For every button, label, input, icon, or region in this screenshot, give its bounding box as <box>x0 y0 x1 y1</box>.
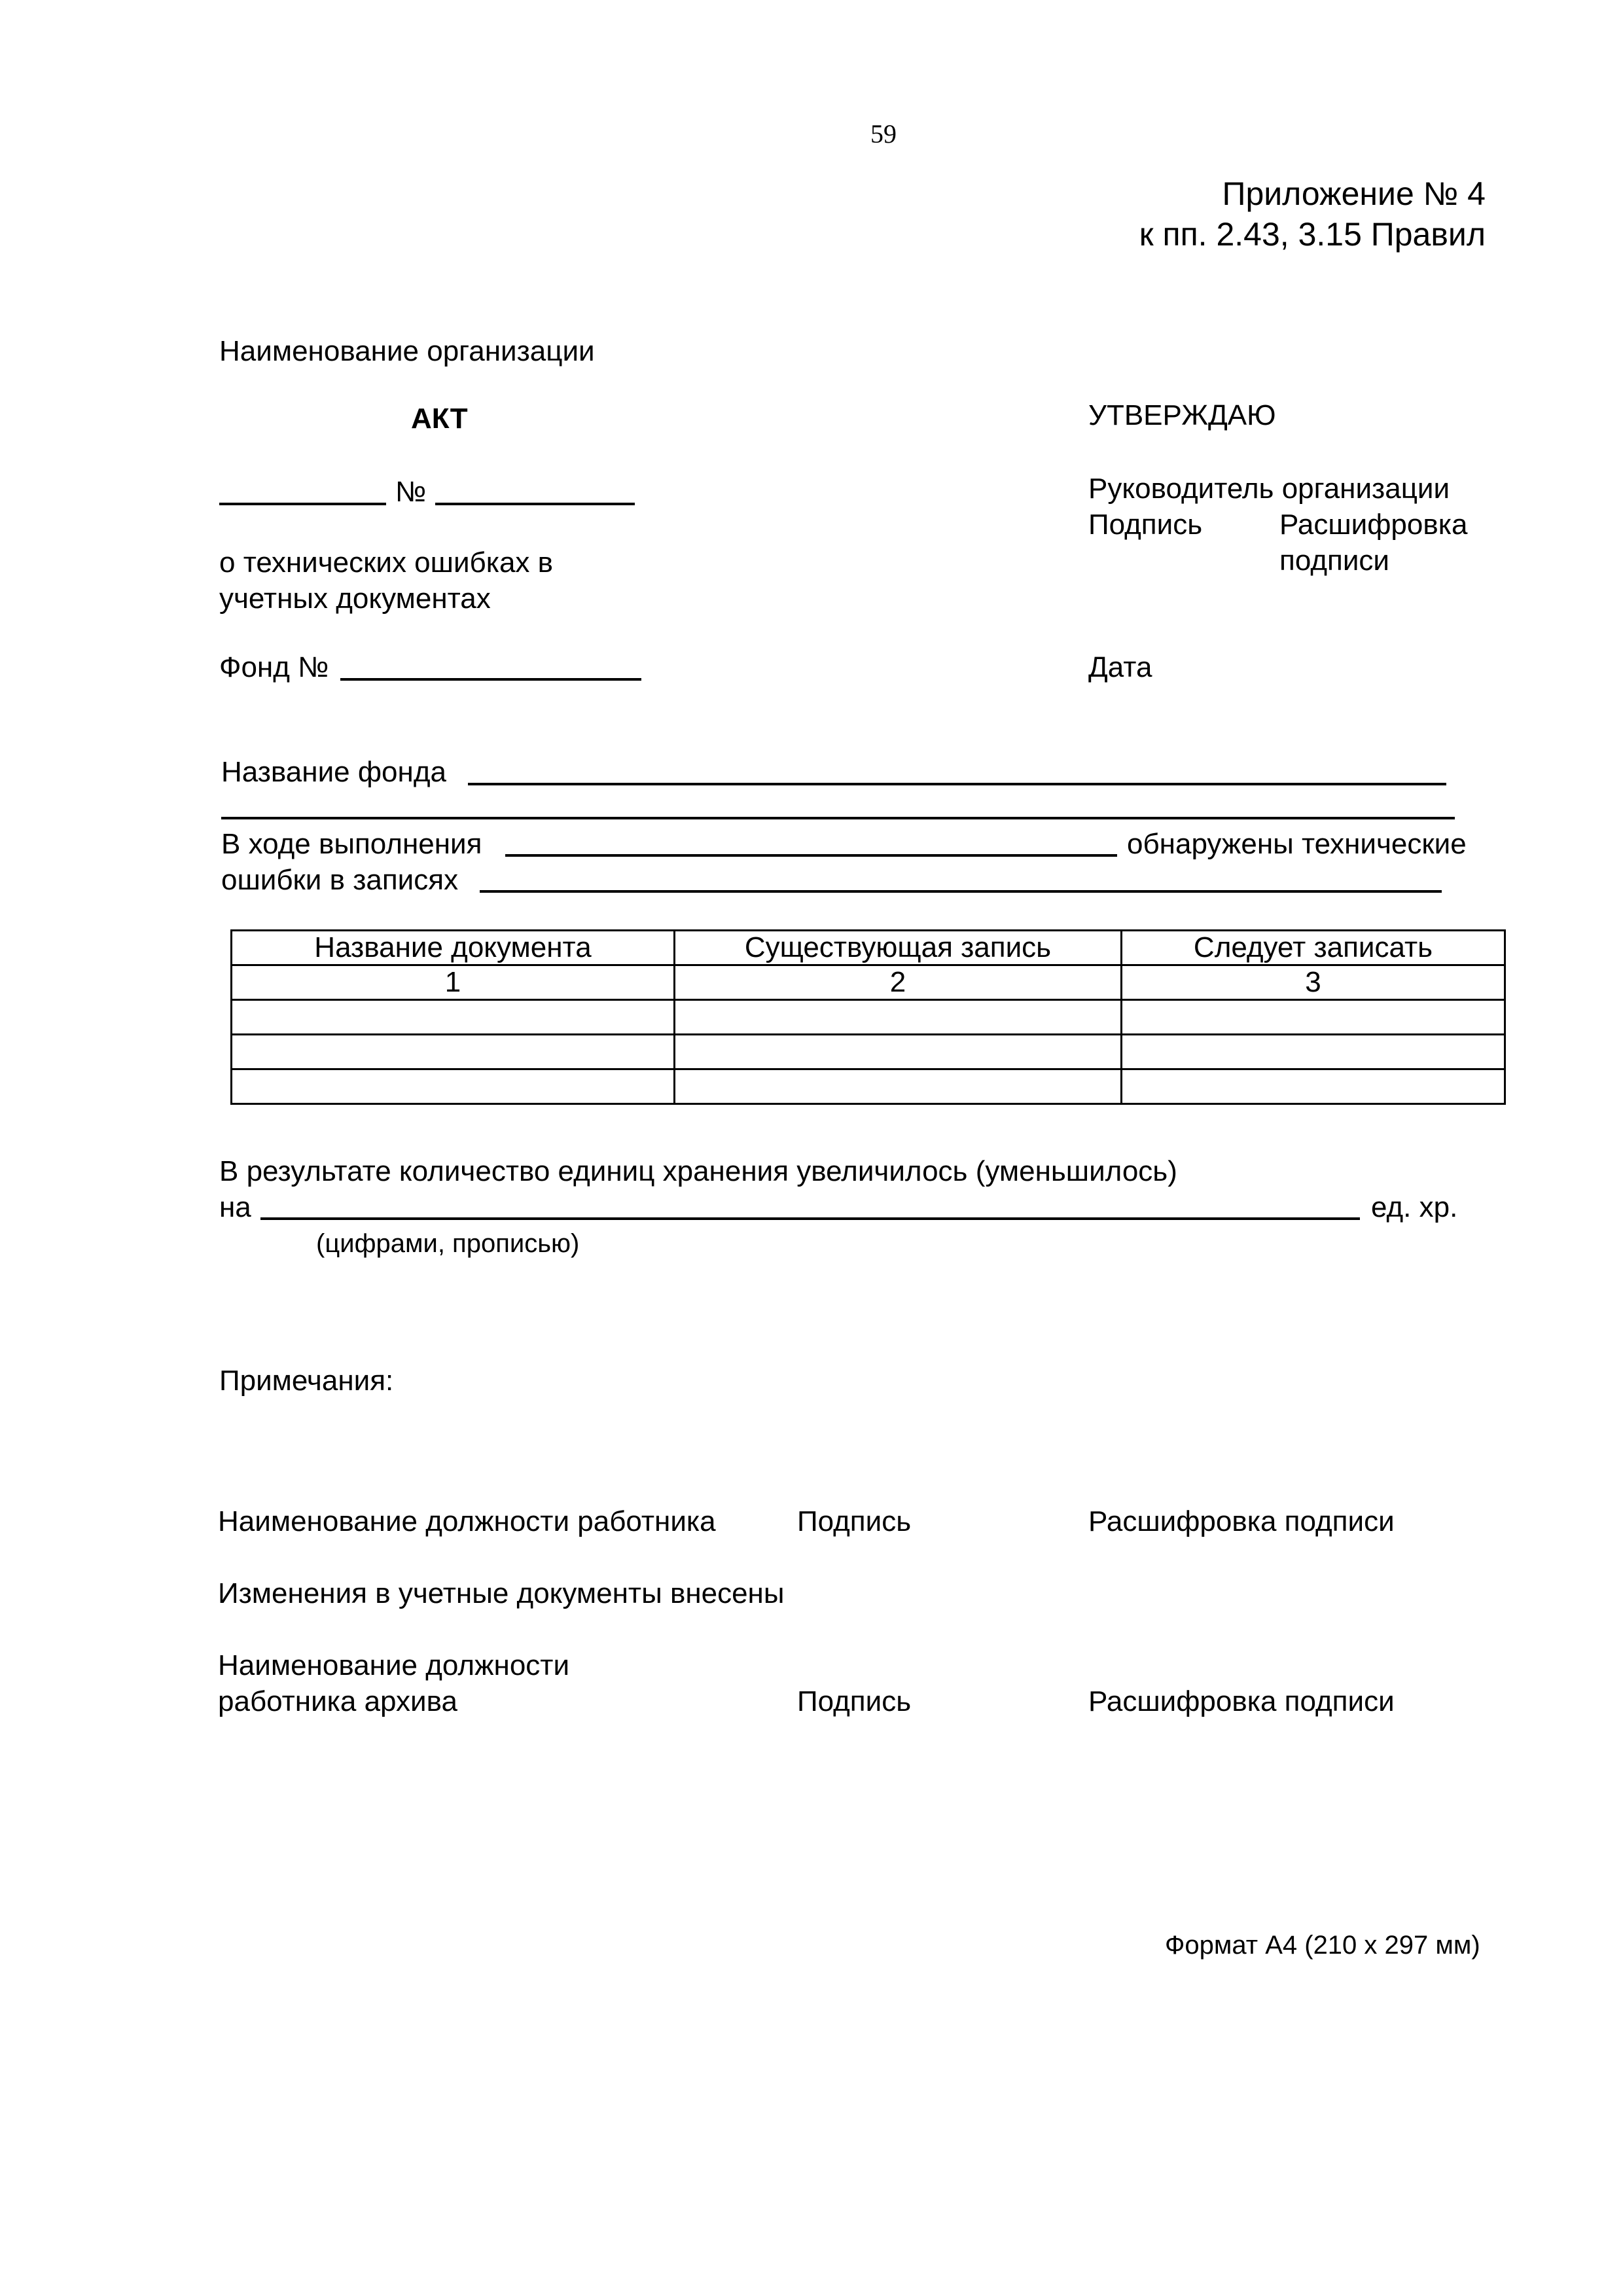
table-cell[interactable] <box>1122 1000 1505 1035</box>
fond-name-field-continued[interactable] <box>221 817 1455 819</box>
appendix-reference: к пп. 2.43, 3.15 Правил <box>1139 214 1486 255</box>
table-row <box>232 1069 1505 1104</box>
header-existing-record: Существующая запись <box>675 931 1122 965</box>
result-on-label: на <box>219 1193 251 1222</box>
approval-decoding-label-2: подписи <box>1279 547 1389 575</box>
result-hint: (цифрами, прописью) <box>316 1230 579 1257</box>
page-number: 59 <box>870 121 897 147</box>
table-cell[interactable] <box>232 1035 675 1069</box>
table-cell[interactable] <box>1122 1069 1505 1104</box>
act-number-field[interactable] <box>435 503 635 505</box>
table-row <box>232 1035 1505 1069</box>
table-cell[interactable] <box>232 1069 675 1104</box>
fond-number-field[interactable] <box>340 678 641 681</box>
table-column-numbers-row: 1 2 3 <box>232 965 1505 1000</box>
head-of-org-label: Руководитель организации <box>1088 475 1450 503</box>
column-number-2: 2 <box>675 965 1122 1000</box>
errors-table: Название документа Существующая запись С… <box>230 929 1506 1105</box>
errors-in-records-label: ошибки в записях <box>221 866 458 895</box>
table-cell[interactable] <box>675 1000 1122 1035</box>
result-units-label: ед. хр. <box>1371 1193 1457 1222</box>
result-text: В результате количество единиц хранения … <box>219 1157 1177 1186</box>
during-label: В ходе выполнения <box>221 830 482 859</box>
format-note: Формат А4 (210 x 297 мм) <box>1165 1932 1480 1958</box>
table-cell[interactable] <box>232 1000 675 1035</box>
act-date-field[interactable] <box>219 503 386 505</box>
column-number-1: 1 <box>232 965 675 1000</box>
fond-name-field[interactable] <box>468 783 1446 785</box>
employee-decoding-label: Расшифровка подписи <box>1088 1507 1395 1536</box>
result-amount-field[interactable] <box>260 1217 1360 1220</box>
column-number-3: 3 <box>1122 965 1505 1000</box>
employee-signature-label: Подпись <box>797 1507 911 1536</box>
org-name-label: Наименование организации <box>219 337 595 366</box>
errors-in-records-field[interactable] <box>480 890 1442 893</box>
table-row <box>232 1000 1505 1035</box>
approve-label: УТВЕРЖДАЮ <box>1088 401 1276 430</box>
table-cell[interactable] <box>675 1035 1122 1069</box>
approval-signature-label: Подпись <box>1088 511 1202 539</box>
notes-label: Примечания: <box>219 1367 393 1395</box>
subject-line-1: о технических ошибках в <box>219 548 553 577</box>
archive-position-label-1: Наименование должности <box>218 1651 569 1680</box>
table-cell[interactable] <box>1122 1035 1505 1069</box>
approval-date-label: Дата <box>1088 653 1152 682</box>
doc-type-title: АКТ <box>411 404 468 433</box>
archive-signature-label: Подпись <box>797 1687 911 1716</box>
subject-line-2: учетных документах <box>219 584 491 613</box>
approval-decoding-label-1: Расшифровка <box>1279 511 1467 539</box>
employee-position-label: Наименование должности работника <box>218 1507 716 1536</box>
header-document-name: Название документа <box>232 931 675 965</box>
archive-position-label-2: работника архива <box>218 1687 457 1716</box>
found-errors-label: обнаружены технические <box>1127 830 1467 859</box>
header-should-record: Следует записать <box>1122 931 1505 965</box>
changes-made-label: Изменения в учетные документы внесены <box>218 1579 784 1608</box>
during-work-field[interactable] <box>505 854 1117 857</box>
fond-name-label: Название фонда <box>221 758 446 787</box>
appendix-title: Приложение № 4 <box>1139 173 1486 214</box>
appendix-header: Приложение № 4 к пп. 2.43, 3.15 Правил <box>1139 173 1486 255</box>
number-sign: № <box>395 478 426 507</box>
archive-decoding-label: Расшифровка подписи <box>1088 1687 1395 1716</box>
fond-number-label: Фонд № <box>219 653 329 682</box>
table-header-row: Название документа Существующая запись С… <box>232 931 1505 965</box>
table-cell[interactable] <box>675 1069 1122 1104</box>
